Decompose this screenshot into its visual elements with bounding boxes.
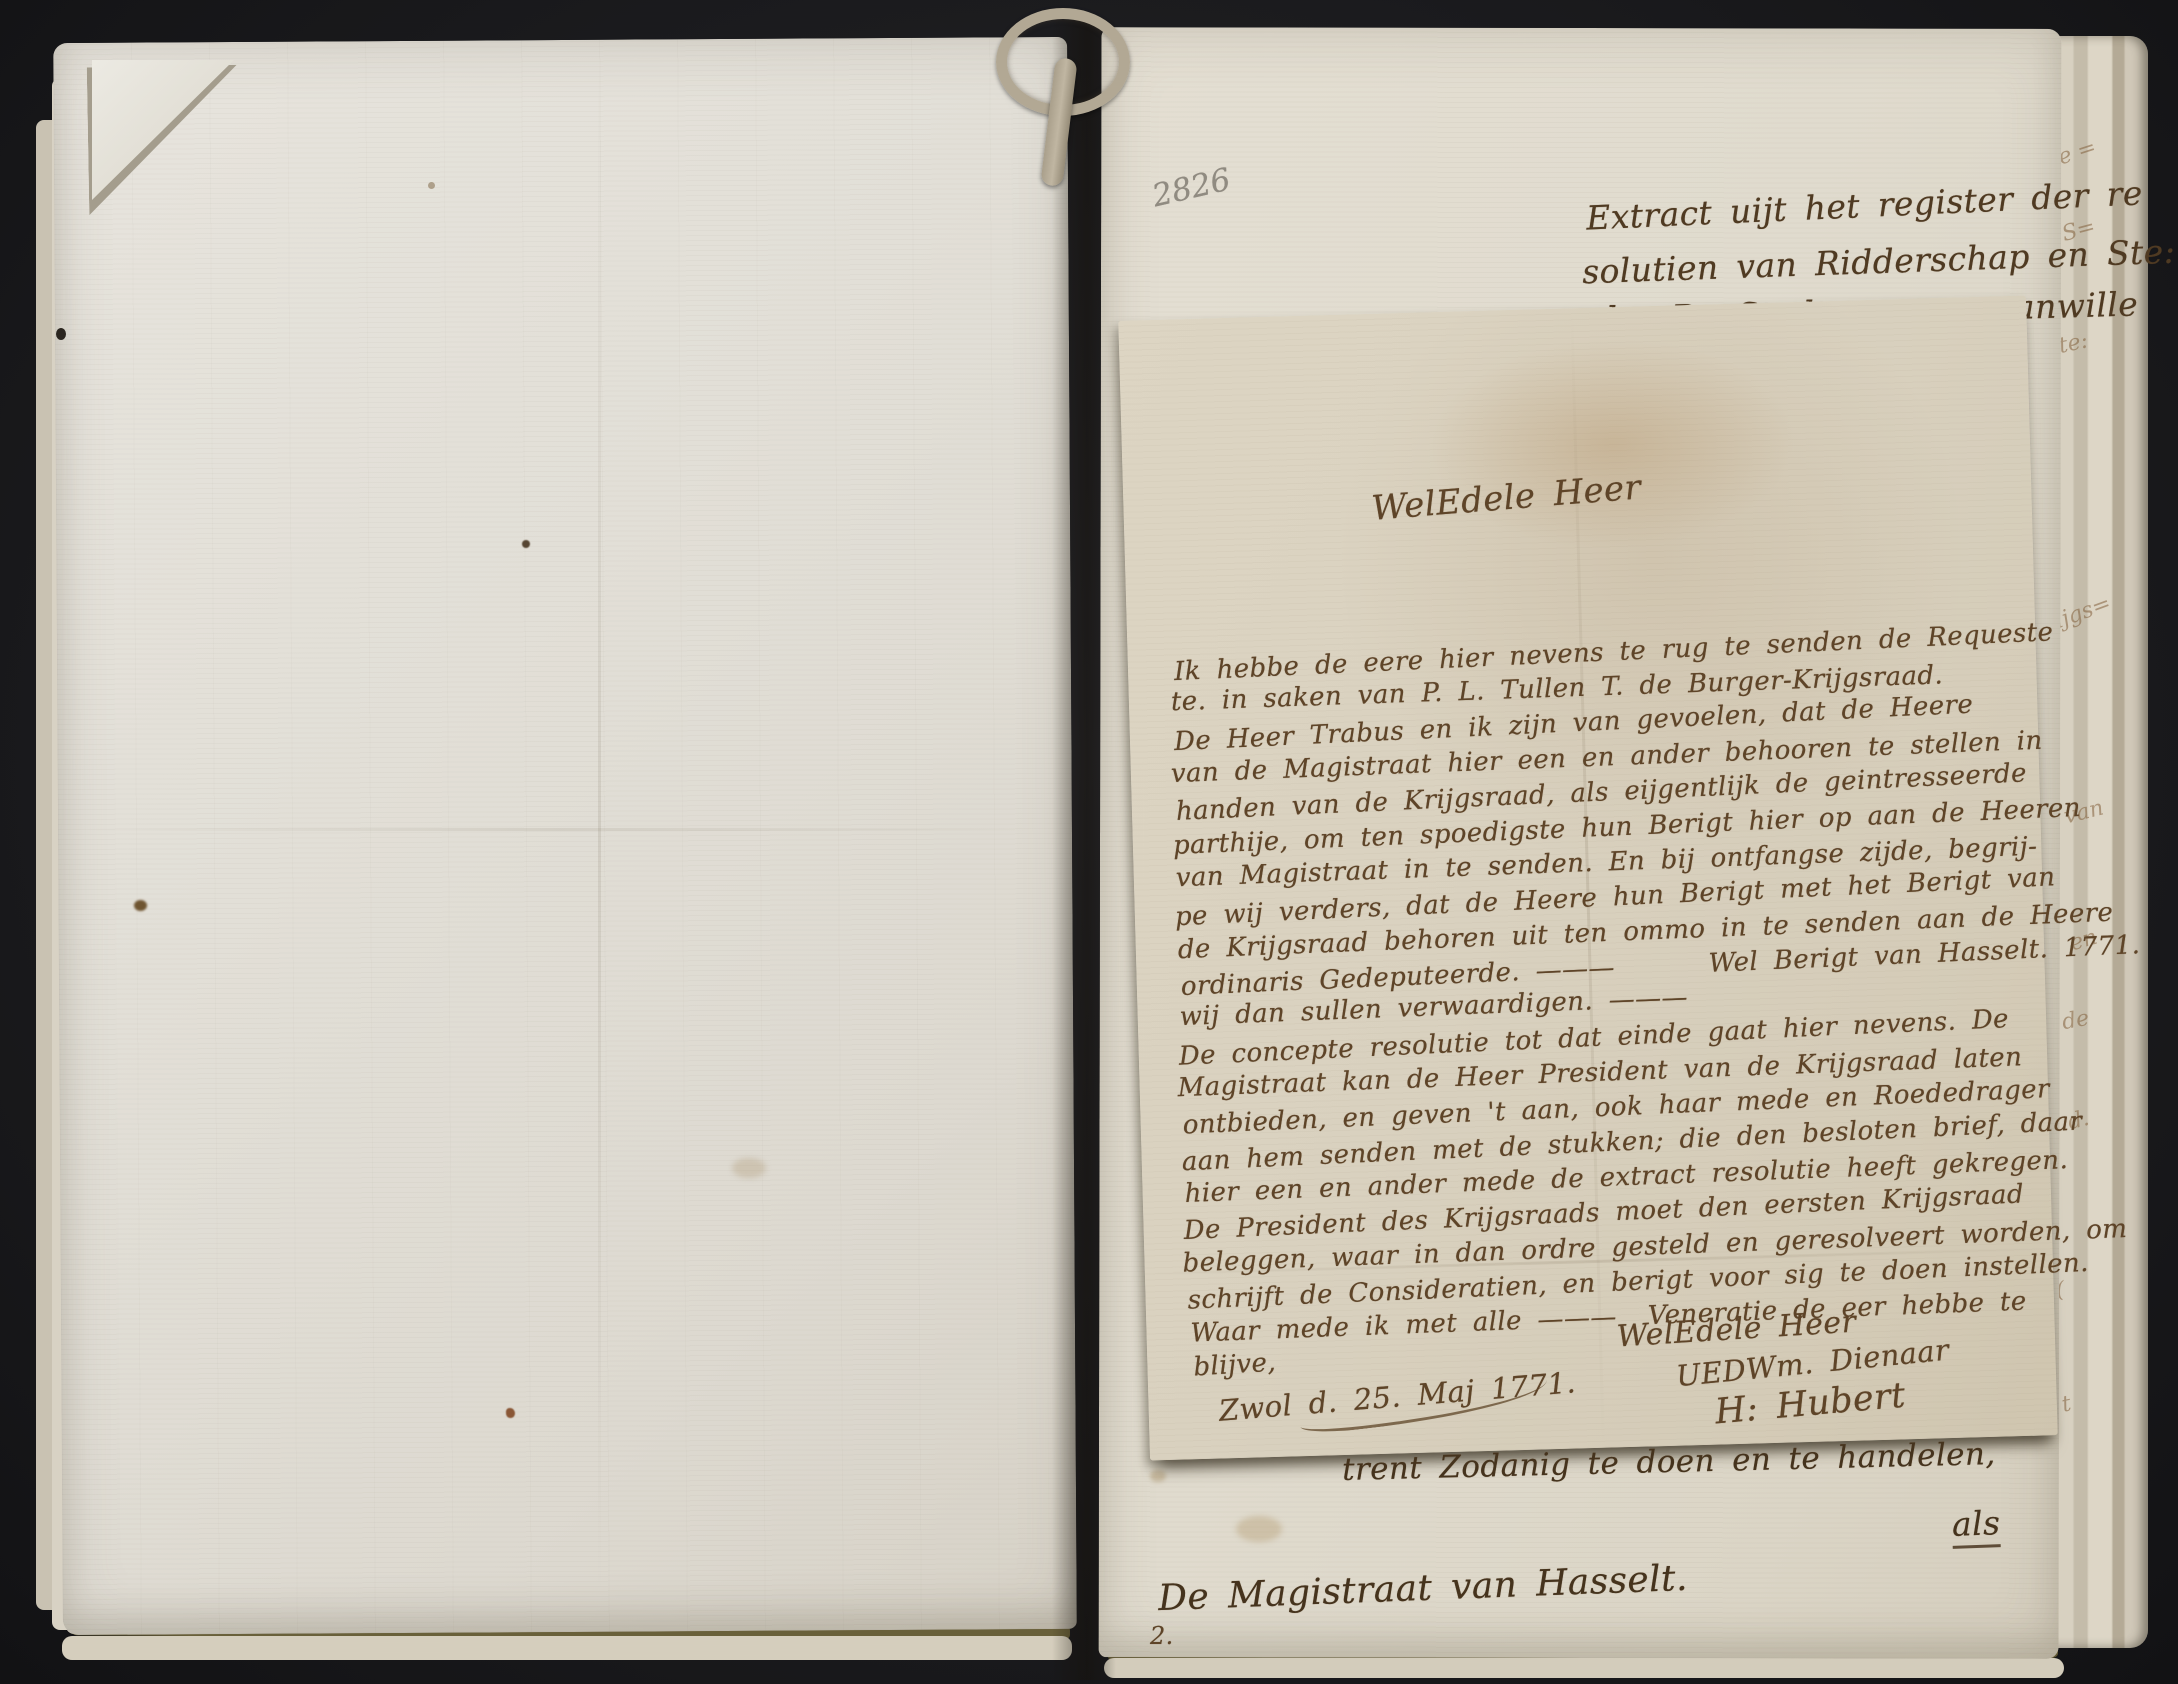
page-stack-bottom-edge [1104,1658,2064,1678]
left-page [53,37,1077,1635]
annotation-als: als [1951,1503,2001,1549]
stain [1236,1516,1282,1542]
manuscript-scan: e = S= tte: ijgs= van en de d. ( t 2826 … [0,0,2178,1684]
stain [506,1408,515,1418]
stain [428,182,435,189]
stain [1150,1470,1166,1482]
stain [732,1158,766,1178]
letter-salutation: WelEdele Heer [1370,467,1642,529]
page-stack-bottom-edge [62,1636,1072,1660]
stain [56,328,66,340]
fore-edge-fragment: de [2060,1006,2091,1035]
crease-horizontal [80,828,1040,831]
page-number: 2. [1150,1622,1174,1650]
letter-valediction: blijve, [1193,1347,1277,1382]
pasted-letter: WelEdele Heer Ik hebbe de eere hier neve… [1118,296,2057,1461]
stain [134,900,147,911]
stain [522,540,530,548]
